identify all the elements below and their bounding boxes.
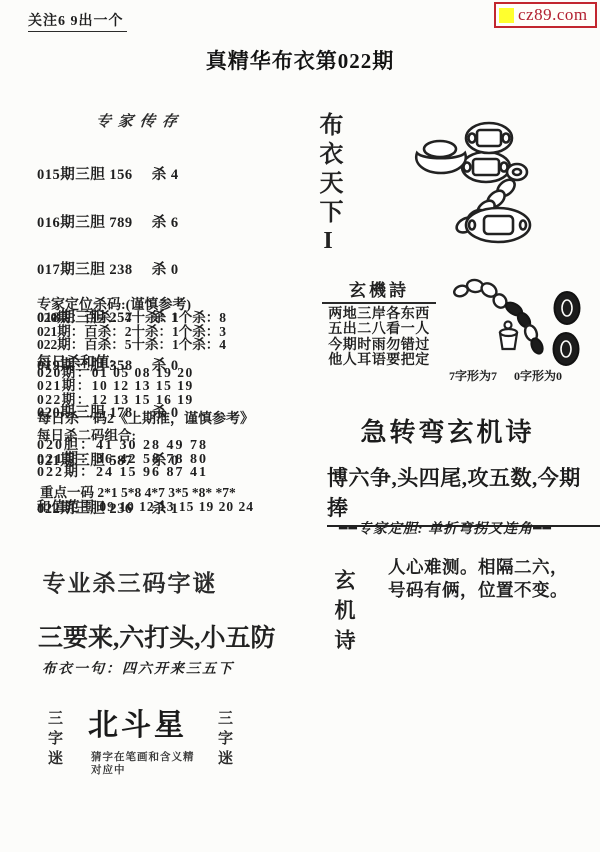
daily-sum-kill-row: 021期：10 12 13 15 19 — [37, 379, 194, 392]
site-watermark[interactable]: cz89.com — [494, 2, 597, 28]
scanned-lottery-sheet: 关注6 9出一个 cz89.com 真精华布衣第022期 专家传存 015期三胆… — [0, 0, 600, 852]
buyi-sentence: 布衣一句：四六开来三五下 — [42, 658, 234, 678]
daily-sum-kill-row: 020期：01 05 08 19 20 — [37, 366, 194, 379]
mystery-poem-box: 玄機詩 两地三岸各东西 五出二八看一人 今期时雨勿错过 他人耳语要把定 — [322, 276, 436, 368]
caption-zero-shape: 0字形为0 — [514, 369, 562, 383]
history-section-title: 专家传存 — [95, 110, 185, 131]
riddle-section-title: 专业杀三码字谜 — [40, 565, 220, 598]
mystery-poem-title: 玄機詩 — [322, 276, 436, 304]
poem-line: 两地三岸各东西 — [322, 307, 436, 322]
page-title: 真精华布衣第022期 — [0, 45, 600, 75]
coin-ingot-figure-drawing — [403, 112, 581, 248]
daily-two-kill-rows: 020胆：41 30 28 49 78 021期：36 42 58 78 80 … — [37, 439, 208, 480]
riddle-note-line: 对应中 — [91, 765, 195, 778]
history-row: 017期三胆 238 杀 0 — [37, 263, 179, 279]
top-left-note: 关注6 9出一个 — [28, 10, 127, 32]
buyi-tianxia-vertical-title: 布衣天下I — [311, 112, 346, 259]
history-row: 015期三胆 156 杀 4 — [37, 168, 179, 184]
shape-captions: 7字形为70字形为0 — [449, 367, 562, 384]
poem-line: 今期时雨勿错过 — [322, 338, 436, 353]
riddle-main-line: 三要来,六打头,小五防 — [38, 618, 276, 654]
riddle-note-line: 猜字在笔画和含义精 — [91, 752, 195, 765]
history-row: 016期三胆 789 杀 6 — [37, 216, 179, 232]
daily-sum-kill-rows: 020期：01 05 08 19 20 021期：10 12 13 15 19 … — [37, 366, 194, 406]
logo-yellow-square-icon — [499, 8, 514, 23]
site-url: cz89.com — [518, 5, 588, 25]
three-char-riddle-label-left: 三字迷 — [44, 710, 65, 770]
caption-seven-shape: 7字形为7 — [449, 369, 497, 383]
daily-sum-kill-row: 022期：12 13 15 16 19 — [37, 393, 194, 406]
poem-line: 五出二八看一人 — [322, 322, 436, 337]
xuanji-poem-vertical-label: 玄机诗 — [329, 569, 359, 659]
coin-chain-shape-drawing — [447, 276, 589, 366]
three-char-riddle-answer: 北斗星 — [88, 700, 187, 744]
expert-dan-line: ━━专家定胆: 单折弯拐又连角━━ — [303, 518, 588, 538]
position-kill-row: 020期：百杀：4十杀：1个杀：8 — [37, 311, 226, 325]
poem-line: 他人耳语要把定 — [322, 353, 436, 368]
daily-two-kill-row: 020胆：41 30 28 49 78 — [37, 439, 208, 453]
mystery-poem-lines: 两地三岸各东西 五出二八看一人 今期时雨勿错过 他人耳语要把定 — [322, 307, 436, 368]
riddle-note: 猜字在笔画和含义精 对应中 — [91, 752, 195, 777]
sharp-turn-poem-title: 急转弯玄机诗 — [305, 412, 590, 449]
position-kill-rows: 020期：百杀：4十杀：1个杀：8 021期：百杀：2十杀：1个杀：3 022期… — [37, 311, 226, 352]
sum-range-line: 和值范围 09 10 12 13 15 19 20 24 — [37, 495, 254, 515]
xuanji-poem-text: 人心难测。相隔二六， 号码有俩，位置不变。 — [388, 556, 568, 601]
xuanji-poem-text-line: 号码有俩，位置不变。 — [388, 579, 568, 602]
three-char-riddle-label-right: 三字迷 — [214, 710, 235, 770]
daily-two-kill-row: 022期：24 15 96 87 41 — [37, 466, 208, 480]
xuanji-poem-text-line: 人心难测。相隔二六， — [388, 556, 568, 579]
